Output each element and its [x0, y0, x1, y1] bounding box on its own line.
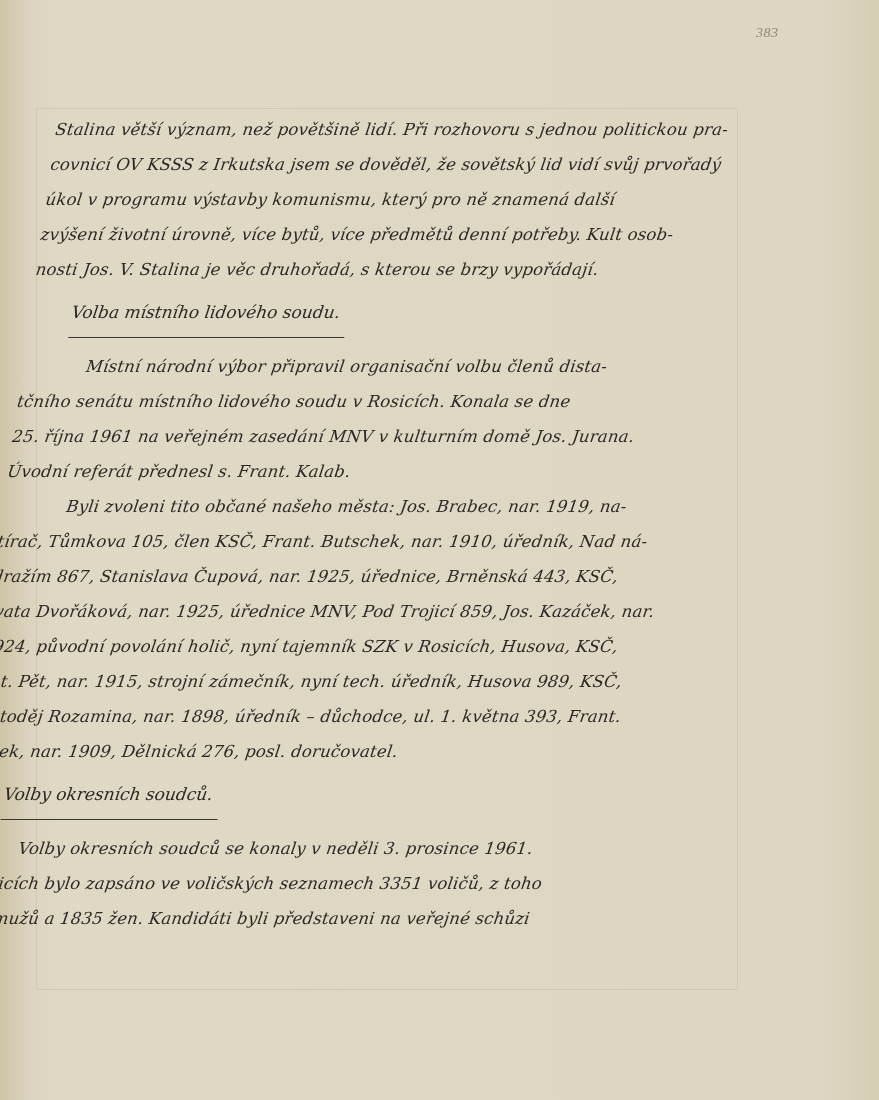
text-line: Metoděj Rozamina, nar. 1898, úředník – d… — [0, 699, 666, 734]
text-line: covnicí OV KSSS z Irkutska jsem se dověd… — [48, 147, 743, 182]
section-heading-local-court: Volba místního lidového soudu. — [68, 293, 351, 338]
text-line: Ant. Pět, nar. 1915, strojní zámečník, n… — [0, 664, 670, 699]
text-line: Ivata Dvořáková, nar. 1925, úřednice MNV… — [0, 594, 680, 629]
text-line: Místní národní výbor připravil organisač… — [20, 349, 715, 384]
text-line: 1516 mužů a 1835 žen. Kandidáti byli pře… — [0, 901, 637, 936]
text-line: Úvodní referát přednesl s. Frant. Kalab. — [5, 454, 700, 489]
paragraph-district-election: Volby okresních soudců se konaly v neděl… — [0, 831, 647, 936]
text-line: Byli zvoleni tito občané našeho města: J… — [0, 489, 695, 524]
text-line: dražím 867, Stanislava Čupová, nar. 1925… — [0, 559, 685, 594]
text-line: 1924, původní povolání holič, nyní tajem… — [0, 629, 675, 664]
text-line: Stalina větší význam, než povětšině lidí… — [53, 112, 748, 147]
section-heading-district-judges: Volby okresních soudců. — [0, 775, 223, 820]
text-line: 25. října 1961 na veřejném zasedání MNV … — [10, 419, 705, 454]
paragraph-court-election: Místní národní výbor připravil organisač… — [5, 349, 715, 489]
page-number: 383 — [756, 26, 779, 42]
paragraph-elected-citizens: Byli zvoleni tito občané našeho města: J… — [0, 489, 695, 769]
scanned-chronicle-page: 383 Stalina větší význam, než povětšině … — [0, 0, 879, 1100]
text-line: nosti Jos. V. Stalina je věc druhořadá, … — [33, 252, 728, 287]
text-line: V Rosicích bylo zapsáno ve voličských se… — [0, 866, 642, 901]
text-line: Volby okresních soudců se konaly v neděl… — [0, 831, 647, 866]
text-line: Žáček, nar. 1909, Dělnická 276, posl. do… — [0, 734, 661, 769]
paragraph-stalin-cult: Stalina větší význam, než povětšině lidí… — [33, 112, 748, 287]
text-line: zvýšení životní úrovně, více bytů, více … — [38, 217, 733, 252]
text-line: tčního senátu místního lidového soudu v … — [15, 384, 710, 419]
text-line: tírač, Tůmkova 105, člen KSČ, Frant. But… — [0, 524, 690, 559]
text-line: úkol v programu výstavby komunismu, kter… — [43, 182, 738, 217]
handwritten-content: Stalina větší význam, než povětšině lidí… — [0, 112, 748, 936]
